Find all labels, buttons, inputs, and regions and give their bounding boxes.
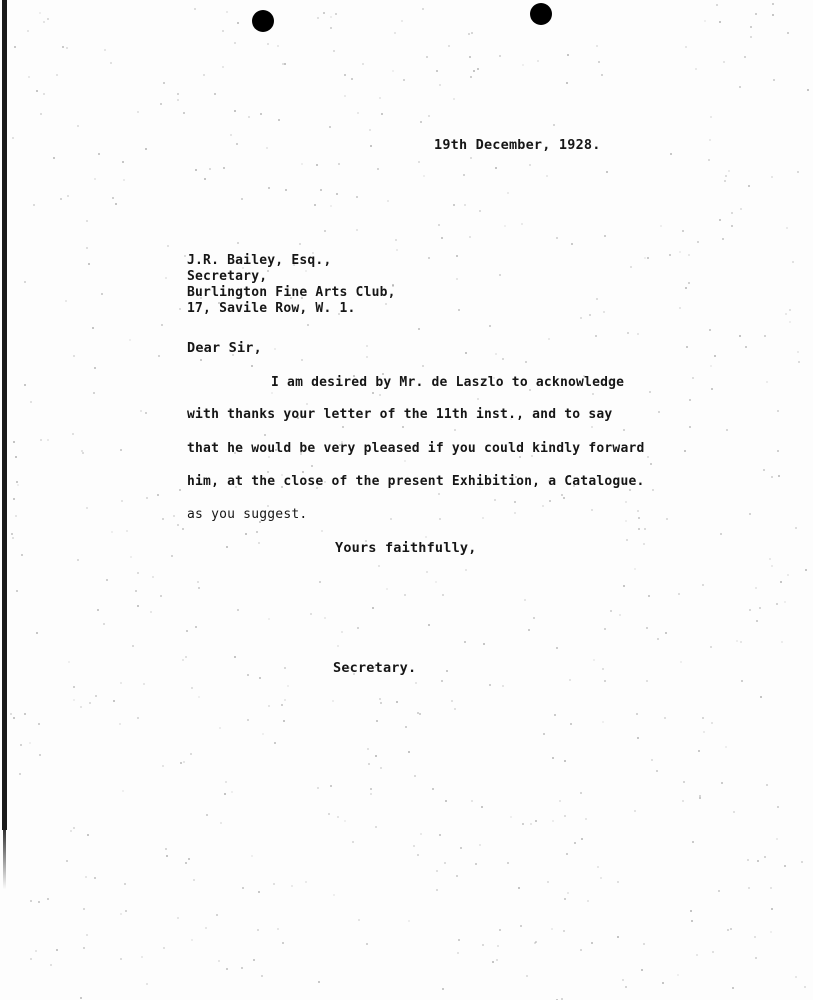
letter-date: 19th December, 1928. bbox=[434, 137, 601, 153]
body-line: him, at the close of the present Exhibit… bbox=[187, 474, 645, 489]
body-line: I am desired by Mr. de Laszlo to acknowl… bbox=[271, 375, 624, 390]
letter-page: 19th December, 1928. J.R. Bailey, Esq., … bbox=[0, 0, 813, 1000]
punch-hole-left bbox=[252, 10, 274, 32]
scan-edge-fade bbox=[3, 830, 6, 890]
recipient-street: 17, Savile Row, W. 1. bbox=[187, 301, 356, 317]
recipient-name: J.R. Bailey, Esq., bbox=[187, 253, 331, 269]
body-line: with thanks your letter of the 11th inst… bbox=[187, 407, 612, 422]
salutation: Dear Sir, bbox=[187, 340, 262, 356]
punch-hole-right bbox=[530, 3, 552, 25]
scan-edge-shadow bbox=[2, 0, 7, 830]
closing: Yours faithfully, bbox=[335, 540, 477, 556]
body-line: that he would be very pleased if you cou… bbox=[187, 441, 645, 456]
recipient-title: Secretary, bbox=[187, 269, 267, 285]
recipient-organization: Burlington Fine Arts Club, bbox=[187, 285, 396, 301]
body-line: as you suggest. bbox=[187, 507, 307, 522]
